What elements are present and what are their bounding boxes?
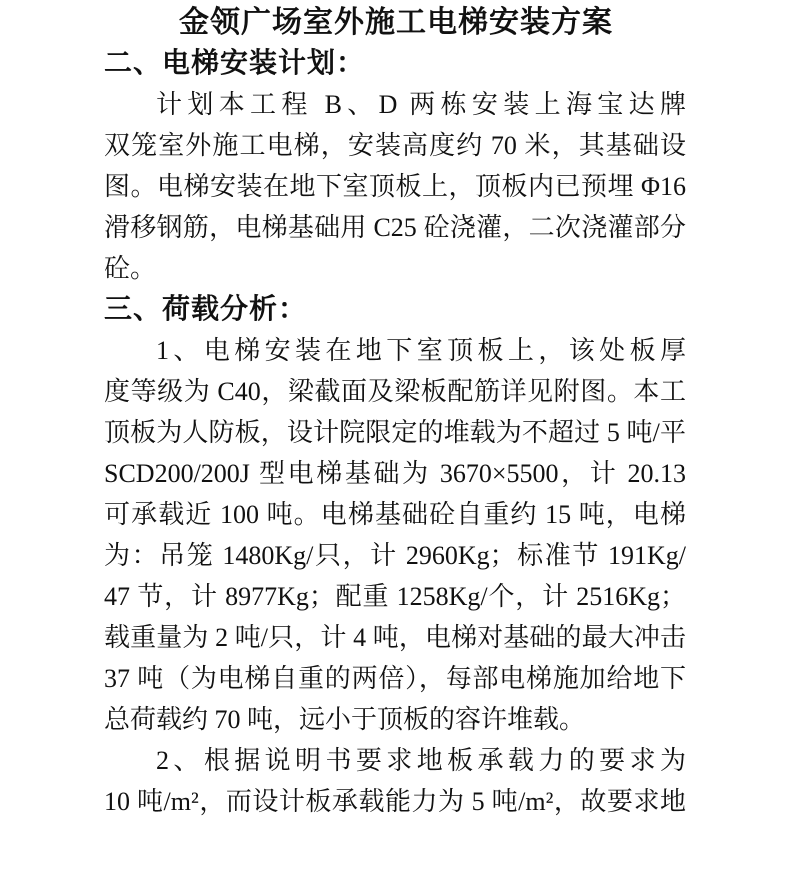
text-line: 47 节，计 8977Kg；配重 1258Kg/个，计 2516Kg；电梯最大 <box>104 576 686 617</box>
text-line: 计划本工程 B、D 两栋安装上海宝达牌 SCD200/200J 型 <box>104 84 686 125</box>
document-page: 金领广场室外施工电梯安装方案 二、电梯安装计划： 计划本工程 B、D 两栋安装上… <box>0 0 792 874</box>
text-line: 总荷载约 70 吨，远小于顶板的容许堆载。 <box>104 699 686 740</box>
text-line: 37 吨（为电梯自重的两倍），每部电梯施加给地下室顶板的 <box>104 658 686 699</box>
document-body: 二、电梯安装计划： 计划本工程 B、D 两栋安装上海宝达牌 SCD200/200… <box>104 43 686 822</box>
section-heading-load-analysis: 三、荷载分析： <box>104 289 686 330</box>
text-line: 为：吊笼 1480Kg/只，计 2960Kg；标准节 191Kg/节，安装 <box>104 535 686 576</box>
text-line: 1、电梯安装在地下室顶板上，该处板厚 250mm，砼强 <box>104 330 686 371</box>
text-line: 可承载近 100 吨。电梯基础砼自重约 15 吨，电梯自重参数 <box>104 494 686 535</box>
text-line: 双笼室外施工电梯，安装高度约 70 米，其基础设计详见附 <box>104 125 686 166</box>
section-heading-install-plan: 二、电梯安装计划： <box>104 43 686 84</box>
text-line: 顶板为人防板，设计院限定的堆载为不超过 5 吨/平方米， <box>104 412 686 453</box>
text-line: 图。电梯安装在地下室顶板上，顶板内已预埋 Φ16 @ 600 抗 <box>104 166 686 207</box>
document-title: 金领广场室外施工电梯安装方案 <box>0 0 792 43</box>
text-line: 滑移钢筋，电梯基础用 C25 砼浇灌，二次浇灌部分用 C40 <box>104 207 686 248</box>
text-line: 砼。 <box>104 248 686 289</box>
text-line: 2、根据说明书要求地板承载力的要求为≥0.1Mpa，既 <box>104 740 686 781</box>
text-line: SCD200/200J 型电梯基础为 3670×5500，计 20.13 平方米… <box>104 453 686 494</box>
text-line: 度等级为 C40，梁截面及梁板配筋详见附图。本工程地下室 <box>104 371 686 412</box>
text-line: 10 吨/m²，而设计板承载能力为 5 吨/m²，故要求地下室搭设 <box>104 781 686 822</box>
text-line: 载重量为 2 吨/只，计 4 吨，电梯对基础的最大冲击荷载为 <box>104 617 686 658</box>
